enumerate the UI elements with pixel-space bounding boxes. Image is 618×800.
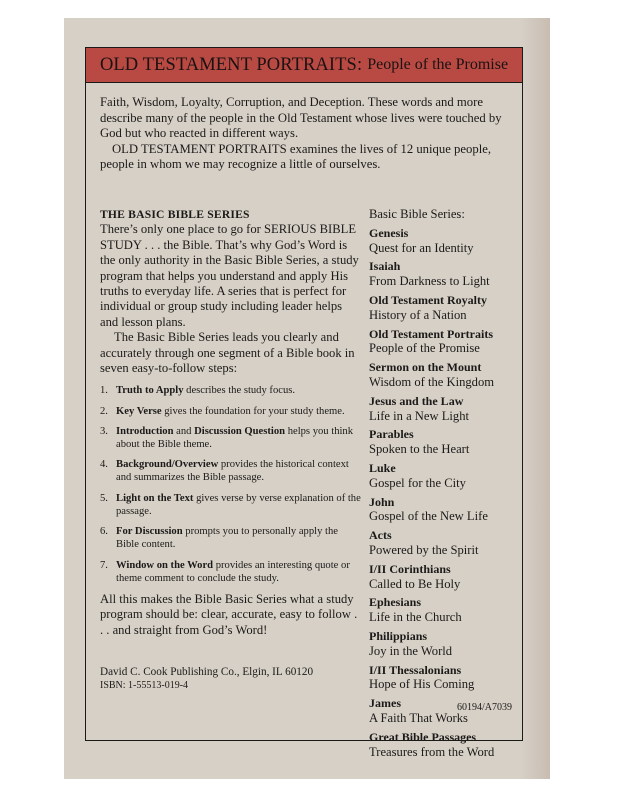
series-item: I/II CorinthiansCalled to Be Holy [369, 562, 519, 592]
series-book-subtitle: Joy in the World [369, 644, 519, 659]
step-item: 7.Window on the Word provides an interes… [100, 559, 362, 585]
series-book-subtitle: History of a Nation [369, 308, 519, 323]
step-item: 5.Light on the Text gives verse by verse… [100, 492, 362, 518]
intro-paragraph-2: OLD TESTAMENT PORTRAITS examines the liv… [100, 142, 510, 173]
series-item: Great Bible PassagesTreasures from the W… [369, 730, 519, 760]
series-item: PhilippiansJoy in the World [369, 629, 519, 659]
series-paragraph-1: There’s only one place to go for SERIOUS… [100, 222, 362, 330]
step-item: 6.For Discussion prompts you to personal… [100, 525, 362, 551]
series-book-name: I/II Thessalonians [369, 663, 519, 678]
series-book-name: Parables [369, 427, 519, 442]
step-text: Truth to Apply describes the study focus… [116, 384, 295, 397]
content-frame: OLD TESTAMENT PORTRAITS: People of the P… [85, 47, 523, 741]
series-book-name: Philippians [369, 629, 519, 644]
step-text: Introduction and Discussion Question hel… [116, 425, 362, 451]
step-connector: and [174, 426, 195, 437]
book-subtitle: People of the Promise [367, 56, 508, 74]
step-description: describes the study focus. [184, 385, 296, 396]
book-title: OLD TESTAMENT PORTRAITS: [100, 55, 362, 76]
step-item: 2.Key Verse gives the foundation for you… [100, 405, 362, 418]
series-book-subtitle: Powered by the Spirit [369, 543, 519, 558]
publisher-info: David C. Cook Publishing Co., Elgin, IL … [100, 665, 313, 693]
series-book-subtitle: Wisdom of the Kingdom [369, 375, 519, 390]
series-list-title: Basic Bible Series: [369, 207, 519, 222]
series-book-name: Old Testament Royalty [369, 293, 519, 308]
series-book-name: Ephesians [369, 595, 519, 610]
book-back-cover: OLD TESTAMENT PORTRAITS: People of the P… [64, 18, 550, 779]
series-book-name: Sermon on the Mount [369, 360, 519, 375]
series-item: ParablesSpoken to the Heart [369, 427, 519, 457]
series-book-name: Acts [369, 528, 519, 543]
series-items: GenesisQuest for an IdentityIsaiahFrom D… [369, 226, 519, 760]
series-item: Old Testament PortraitsPeople of the Pro… [369, 327, 519, 357]
series-book-subtitle: People of the Promise [369, 341, 519, 356]
series-book-subtitle: Gospel for the City [369, 476, 519, 491]
step-number: 2. [100, 405, 116, 418]
series-book-name: Jesus and the Law [369, 394, 519, 409]
series-item: Sermon on the MountWisdom of the Kingdom [369, 360, 519, 390]
publisher-name: David C. Cook Publishing Co., Elgin, IL … [100, 665, 313, 679]
series-book-name: I/II Corinthians [369, 562, 519, 577]
steps-list: 1.Truth to Apply describes the study foc… [100, 384, 362, 584]
step-item: 4.Background/Overview provides the histo… [100, 458, 362, 484]
step-number: 1. [100, 384, 116, 397]
series-item: ActsPowered by the Spirit [369, 528, 519, 558]
series-book-name: Old Testament Portraits [369, 327, 519, 342]
step-description: gives the foundation for your study them… [162, 406, 345, 417]
step-number: 7. [100, 559, 116, 585]
step-label: For Discussion [116, 526, 183, 537]
series-book-subtitle: Quest for an Identity [369, 241, 519, 256]
product-code: 60194/A7039 [457, 702, 512, 713]
series-book-subtitle: Life in a New Light [369, 409, 519, 424]
series-book-subtitle: Life in the Church [369, 610, 519, 625]
section-title: THE BASIC BIBLE SERIES [100, 207, 362, 222]
step-label: Truth to Apply [116, 385, 184, 396]
series-book-subtitle: Treasures from the Word [369, 745, 519, 760]
basic-series-description: THE BASIC BIBLE SERIES There’s only one … [100, 207, 362, 638]
step-number: 5. [100, 492, 116, 518]
step-item: 3.Introduction and Discussion Question h… [100, 425, 362, 451]
isbn: ISBN: 1-55513-019-4 [100, 679, 313, 693]
series-book-subtitle: Hope of His Coming [369, 677, 519, 692]
step-label: Background/Overview [116, 459, 218, 470]
series-item: JohnGospel of the New Life [369, 495, 519, 525]
series-item: I/II ThessaloniansHope of His Coming [369, 663, 519, 693]
step-item: 1.Truth to Apply describes the study foc… [100, 384, 362, 397]
intro-blurb: Faith, Wisdom, Loyalty, Corruption, and … [100, 95, 510, 173]
series-item: Old Testament RoyaltyHistory of a Nation [369, 293, 519, 323]
step-label: Window on the Word [116, 560, 213, 571]
closing-paragraph: All this makes the Bible Basic Series wh… [100, 592, 362, 638]
series-book-name: Luke [369, 461, 519, 476]
step-number: 4. [100, 458, 116, 484]
series-book-subtitle: A Faith That Works [369, 711, 519, 726]
title-banner: OLD TESTAMENT PORTRAITS: People of the P… [86, 48, 522, 83]
step-number: 3. [100, 425, 116, 451]
series-item: Jesus and the LawLife in a New Light [369, 394, 519, 424]
series-item: LukeGospel for the City [369, 461, 519, 491]
step-text: Background/Overview provides the histori… [116, 458, 362, 484]
series-book-name: Genesis [369, 226, 519, 241]
series-book-name: Isaiah [369, 259, 519, 274]
step-label-2: Discussion Question [194, 426, 285, 437]
step-text: For Discussion prompts you to personally… [116, 525, 362, 551]
step-text: Key Verse gives the foundation for your … [116, 405, 345, 418]
step-text: Light on the Text gives verse by verse e… [116, 492, 362, 518]
intro-paragraph-1: Faith, Wisdom, Loyalty, Corruption, and … [100, 95, 510, 142]
step-label: Key Verse [116, 406, 162, 417]
series-list: Basic Bible Series: GenesisQuest for an … [369, 207, 519, 763]
series-item: IsaiahFrom Darkness to Light [369, 259, 519, 289]
step-number: 6. [100, 525, 116, 551]
series-book-name: Great Bible Passages [369, 730, 519, 745]
step-label: Light on the Text [116, 493, 193, 504]
series-book-subtitle: From Darkness to Light [369, 274, 519, 289]
step-text: Window on the Word provides an interesti… [116, 559, 362, 585]
series-book-subtitle: Spoken to the Heart [369, 442, 519, 457]
series-item: EphesiansLife in the Church [369, 595, 519, 625]
step-label: Introduction [116, 426, 174, 437]
series-item: GenesisQuest for an Identity [369, 226, 519, 256]
series-paragraph-2: The Basic Bible Series leads you clearly… [100, 330, 362, 376]
series-book-subtitle: Called to Be Holy [369, 577, 519, 592]
series-book-subtitle: Gospel of the New Life [369, 509, 519, 524]
series-book-name: John [369, 495, 519, 510]
